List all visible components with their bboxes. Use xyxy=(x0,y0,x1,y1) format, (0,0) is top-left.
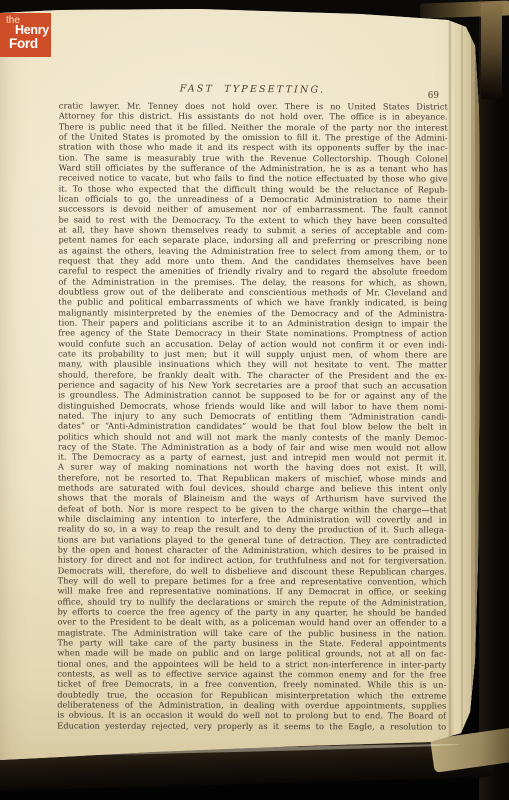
body-line: Education yesterday rejected, very prope… xyxy=(57,720,446,731)
body-line: ticket of free Democrats, in a free conv… xyxy=(57,679,446,690)
body-line: reality do so, in a way to reap the resu… xyxy=(58,524,447,535)
body-line: stration with those who made it and its … xyxy=(59,142,448,153)
logo-word-ford: Ford xyxy=(9,37,38,51)
body-line: careful to respect the amenities of frie… xyxy=(58,266,447,277)
book-photograph: FAST TYPESETTING. 69 cratic lawyer. Mr. … xyxy=(0,0,509,800)
running-title: FAST TYPESETTING. xyxy=(58,82,447,96)
body-line: over to the President to be dealt with, … xyxy=(57,617,446,628)
body-line: free agency of the State Democracy in th… xyxy=(58,328,447,339)
body-line: dates” or “Anti-Administration candidate… xyxy=(58,421,447,432)
page-content: FAST TYPESETTING. 69 cratic lawyer. Mr. … xyxy=(58,84,447,731)
page-number: 69 xyxy=(428,91,439,101)
body-line: is groundless. The Administration cannot… xyxy=(58,390,447,401)
henry-ford-logo: the Henry Ford xyxy=(0,13,51,57)
body-line: successors is devoid neither of amusemen… xyxy=(59,204,448,215)
body-line: when made will be made on public and on … xyxy=(57,648,446,659)
body-line: received notice to vacate, but who fails… xyxy=(59,173,448,184)
body-text: cratic lawyer. Mr. Tenney does not hold … xyxy=(57,100,448,731)
book-cover-corner-right-side xyxy=(481,3,502,99)
body-line: will make free and representative nomina… xyxy=(58,586,447,597)
body-line: is obvious. It is an occasion it would d… xyxy=(57,710,446,721)
body-line: many, with plausible insinuations which … xyxy=(58,359,447,370)
book-cover-right-edge xyxy=(479,0,509,800)
body-line: shows that the morals of Blaineism and t… xyxy=(58,493,447,504)
page-header: FAST TYPESETTING. 69 xyxy=(58,84,447,96)
body-line: politics which should not and will not m… xyxy=(58,431,447,442)
body-line: petent names for each separate place, in… xyxy=(58,235,447,246)
body-line: Attorney for this district. His assistan… xyxy=(59,111,448,122)
body-line: A surer way of making nominations not wo… xyxy=(58,462,447,473)
book-page: FAST TYPESETTING. 69 cratic lawyer. Mr. … xyxy=(0,0,481,770)
body-line: history for direct and not for indirect … xyxy=(58,555,447,566)
body-line: the public and political embarrassments … xyxy=(58,297,447,308)
